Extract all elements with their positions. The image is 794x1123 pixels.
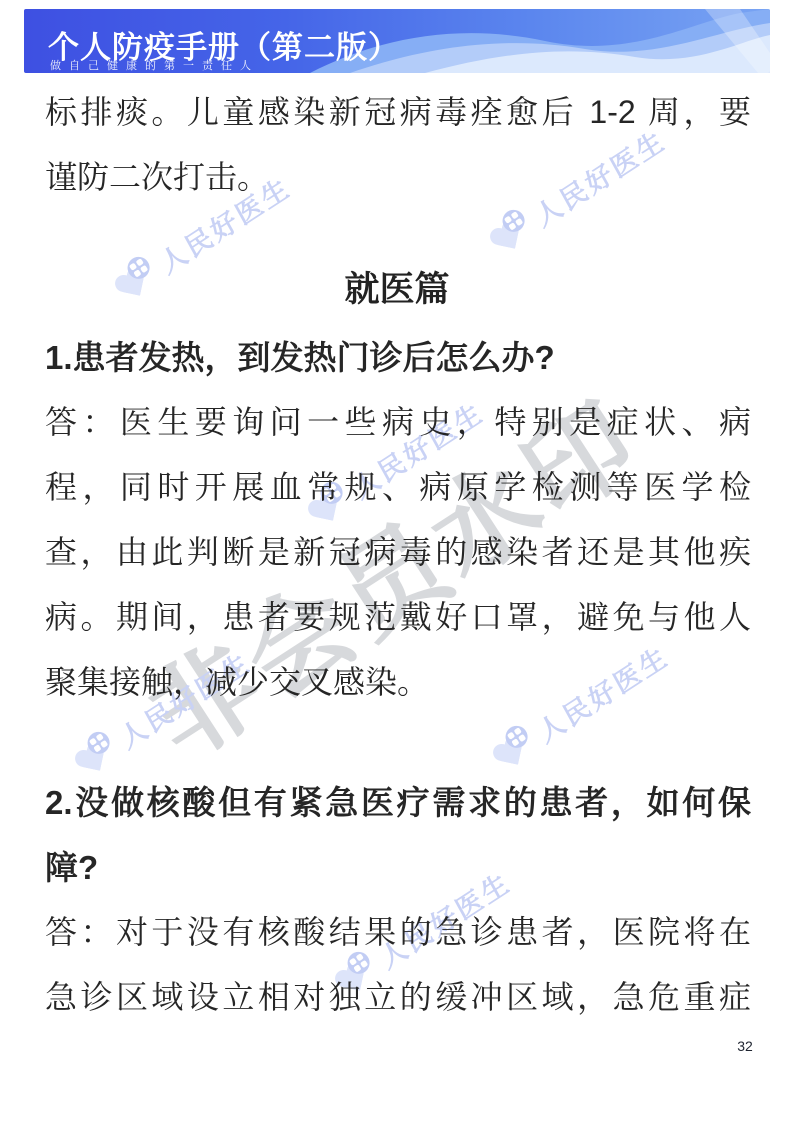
question-1: 1.患者发热，到发热门诊后怎么办? xyxy=(45,325,751,390)
heart-pin-icon xyxy=(480,206,539,264)
document-page: 非会员水印 人民好医生 人民好医生 人民好医生 人民好医生 人民好医生 人民好医… xyxy=(0,0,794,1123)
body-line: 查，由此判断是新冠病毒的感染者还是其他疾 xyxy=(45,520,751,585)
question-line: 1.患者发热，到发热门诊后怎么办? xyxy=(45,325,751,390)
answer-2: 答：对于没有核酸结果的急诊患者，医院将在 急诊区域设立相对独立的缓冲区域，急危重… xyxy=(45,900,751,1030)
body-line: 病。期间，患者要规范戴好口罩，避免与他人 xyxy=(45,585,751,650)
answer-1: 答：医生要询问一些病史，特别是症状、病 程，同时开展血常规、病原学检测等医学检 … xyxy=(45,390,751,715)
header-banner: 个人防疫手册（第二版） 做自己健康的第一责任人 xyxy=(24,9,770,73)
question-line: 2.没做核酸但有紧急医疗需求的患者，如何保 xyxy=(45,770,751,835)
question-line: 障? xyxy=(45,835,751,900)
body-line: 程，同时开展血常规、病原学检测等医学检 xyxy=(45,455,751,520)
intro-paragraph: 标排痰。儿童感染新冠病毒痊愈后 1-2 周，要 谨防二次打击。 xyxy=(45,80,751,210)
handbook-subtitle: 做自己健康的第一责任人 xyxy=(50,57,259,73)
body-line: 答：医生要询问一些病史，特别是症状、病 xyxy=(45,390,751,455)
body-line: 急诊区域设立相对独立的缓冲区域，急危重症 xyxy=(45,965,751,1030)
body-line: 标排痰。儿童感染新冠病毒痊愈后 1-2 周，要 xyxy=(45,80,751,145)
question-2: 2.没做核酸但有紧急医疗需求的患者，如何保 障? xyxy=(45,770,751,900)
section-heading: 就医篇 xyxy=(0,265,794,315)
page-number: 32 xyxy=(730,1038,760,1054)
body-line: 答：对于没有核酸结果的急诊患者，医院将在 xyxy=(45,900,751,965)
body-line: 谨防二次打击。 xyxy=(45,145,751,210)
body-line: 聚集接触，减少交叉感染。 xyxy=(45,650,751,715)
